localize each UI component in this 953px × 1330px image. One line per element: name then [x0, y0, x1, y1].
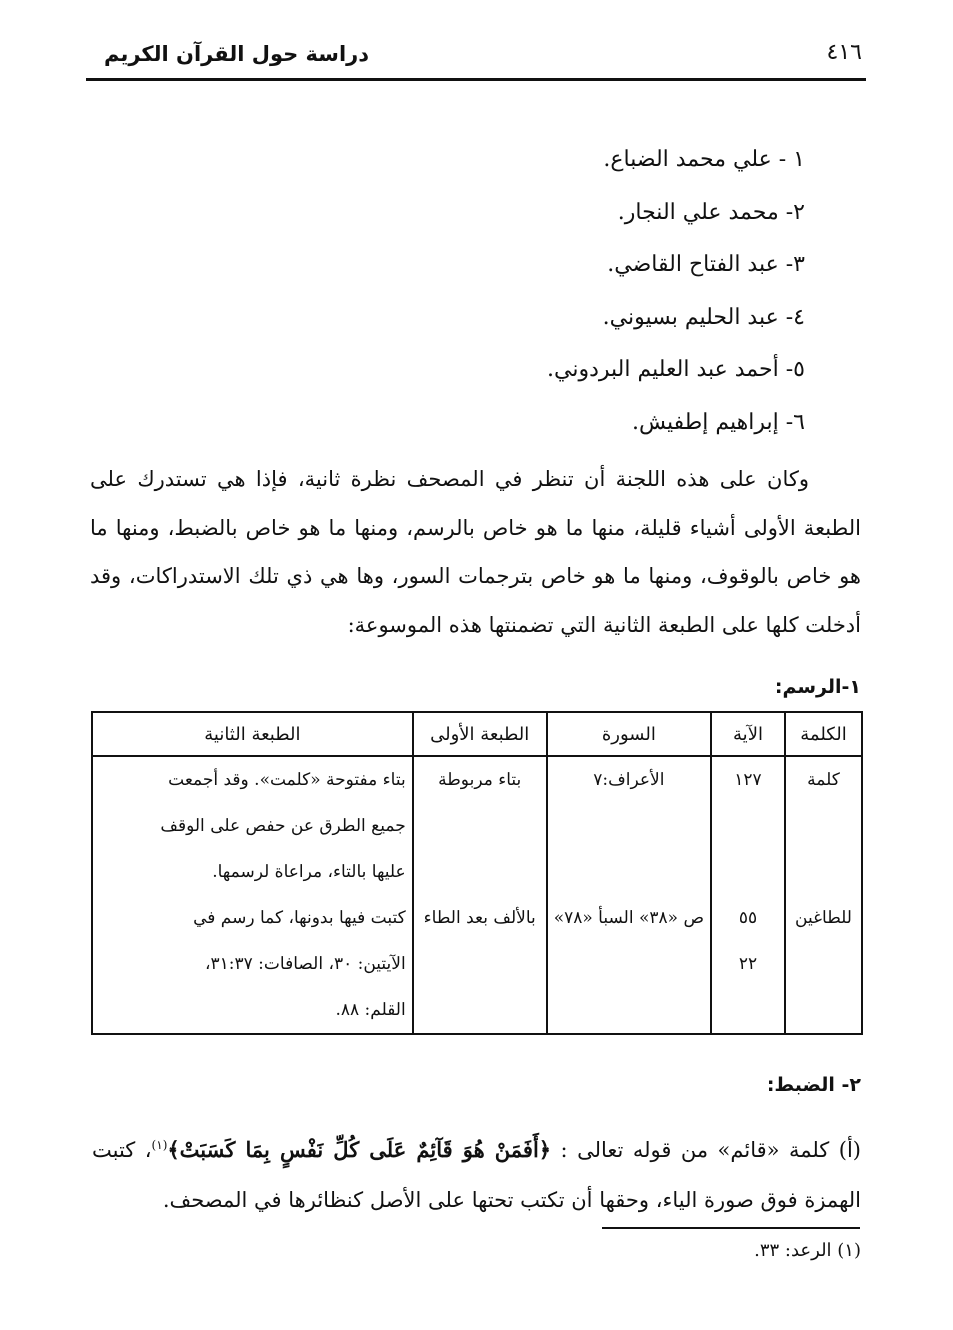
cell-word: للطاغين	[785, 895, 862, 1034]
footnote-rule	[602, 1227, 860, 1229]
cell-edition1: بالألف بعد الطاء	[413, 895, 547, 1034]
col-header-edition1: الطبعة الأولى	[413, 712, 547, 756]
footnote: (١) الرعد: ٣٣.	[754, 1240, 861, 1261]
header-rule	[86, 78, 866, 81]
list-item: ٤- عبد الحليم بسيوني.	[405, 298, 805, 351]
table-header-row: الكلمة الآية السورة الطبعة الأولى الطبعة…	[92, 712, 862, 756]
table-row: كلمة ١٢٧ الأعراف:٧ بتاء مربوطة بتاء مفتو…	[92, 756, 862, 895]
book-title: دراسة حول القرآن الكريم	[104, 42, 369, 66]
running-header: ٤١٦ دراسة حول القرآن الكريم	[86, 38, 866, 76]
list-item: ٥- أحمد عبد العليم البردوني.	[405, 350, 805, 403]
col-header-edition2: الطبعة الثانية	[92, 712, 413, 756]
cell-edition2: كتبت فيها بدونها، كما رسم في الآيتين: ٣٠…	[92, 895, 413, 1034]
col-header-aya: الآية	[711, 712, 785, 756]
cell-aya: ٥٥ ٢٢	[711, 895, 785, 1034]
cell-edition1: بتاء مربوطة	[413, 756, 547, 895]
cell-aya: ١٢٧	[711, 756, 785, 895]
list-item: ١ - علي محمد الضباع.	[405, 140, 805, 193]
col-header-sura: السورة	[547, 712, 711, 756]
list-item: ٢- محمد علي النجار.	[405, 193, 805, 246]
list-item: ٣- عبد الفتاح القاضي.	[405, 245, 805, 298]
body-paragraph: وكان على هذه اللجنة أن تنظر في المصحف نظ…	[90, 455, 861, 649]
footnote-ref[interactable]: (١)	[152, 1138, 168, 1152]
page-number: ٤١٦	[827, 40, 862, 65]
col-header-word: الكلمة	[785, 712, 862, 756]
rasm-table: الكلمة الآية السورة الطبعة الأولى الطبعة…	[91, 711, 863, 1035]
table-row: للطاغين ٥٥ ٢٢ ص «٣٨» السبأ «٧٨» بالألف ب…	[92, 895, 862, 1034]
section-heading-dabt: ٢- الضبط:	[767, 1074, 861, 1096]
document-page: ٤١٦ دراسة حول القرآن الكريم ١ - علي محمد…	[0, 0, 953, 1330]
cell-sura: ص «٣٨» السبأ «٧٨»	[547, 895, 711, 1034]
list-item: ٦- إبراهيم إطفيش.	[405, 403, 805, 456]
committee-members-list: ١ - علي محمد الضباع. ٢- محمد علي النجار.…	[405, 140, 805, 455]
cell-word: كلمة	[785, 756, 862, 895]
dabt-prefix: (أ) كلمة «قائم» من قوله تعالى :	[551, 1138, 861, 1162]
paragraph-text: وكان على هذه اللجنة أن تنظر في المصحف نظ…	[90, 467, 861, 637]
cell-edition2: بتاء مفتوحة «كلمت». وقد أجمعت جميع الطرق…	[92, 756, 413, 895]
quran-verse: ﴿أَفَمَنْ هُوَ قَآئِمٌ عَلَى كُلِّ نَفْس…	[167, 1137, 551, 1162]
section-heading-rasm: ١-الرسم:	[775, 676, 861, 698]
dabt-paragraph: (أ) كلمة «قائم» من قوله تعالى : ﴿أَفَمَن…	[92, 1120, 861, 1225]
cell-sura: الأعراف:٧	[547, 756, 711, 895]
